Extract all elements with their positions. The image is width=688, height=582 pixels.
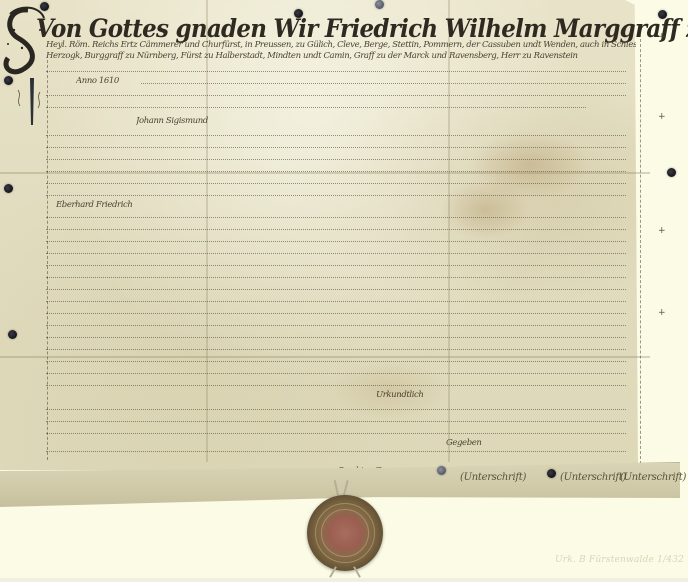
text-line [46,134,626,136]
punch-hole [658,10,667,19]
text-fragment-word: Gegeben [446,438,526,449]
text-line [46,194,626,196]
document-scan: Von Gottes gnaden Wir Friedrich Wilhelm … [0,0,688,582]
margin-mark: + [658,308,666,318]
margin-mark: + [658,226,666,236]
text-line [46,336,626,338]
intitulatio-line-2: Herzogk, Burggraff zu Nürnberg, Fürst zu… [46,51,636,62]
text-line [46,182,626,184]
text-line [141,82,626,84]
text-line [46,276,626,278]
text-line [46,408,626,410]
text-line [46,94,626,96]
text-fragment-name: Johann Sigismund [136,116,246,127]
margin-mark: + [658,112,666,122]
seal-ring [321,509,369,557]
text-fragment-name: Eberhard Friedrich [56,200,166,211]
text-line [46,300,626,302]
signature: (Unterschrift) [560,472,626,483]
text-line [46,170,626,172]
margin-mark: + [658,32,666,42]
text-line [46,70,626,72]
text-line [46,264,626,266]
water-stain [440,180,530,240]
text-line [46,312,626,314]
text-line [46,216,626,218]
punch-hole [375,0,384,9]
text-line [46,360,626,362]
punch-hole [4,76,13,85]
text-line [46,106,586,108]
text-line [46,324,626,326]
punch-hole [667,168,676,177]
charter-headline: Von Gottes gnaden Wir Friedrich Wilhelm … [36,14,593,43]
text-line [46,348,626,350]
text-line [46,420,626,422]
text-line [46,450,626,452]
text-line [46,252,626,254]
wax-seal [307,495,383,571]
text-line [46,288,626,290]
punch-hole [547,469,556,478]
margin-ruling [47,60,49,460]
punch-hole [437,466,446,475]
text-line [46,384,626,386]
margin-ruling [640,34,642,464]
text-line [46,372,626,374]
text-line [46,432,626,434]
text-line [46,158,626,160]
scan-edge [0,578,688,582]
archival-shelfmark: Urk. B Fürstenwalde 1/432 [555,555,684,565]
punch-hole [4,184,13,193]
intitulatio-line-1: Heyl. Röm. Reichs Ertz Cämmerer und Chur… [46,40,636,51]
text-line [46,228,626,230]
text-fragment-date: Anno 1610 [76,76,136,87]
fold-line [0,356,650,358]
text-fragment-word: Urkundtlich [376,390,456,401]
punch-hole [8,330,17,339]
fold-line [0,172,650,174]
text-line [46,240,626,242]
signature: (Unterschrift) [620,472,686,483]
signature: (Unterschrift) [460,472,526,483]
punch-hole [294,9,303,18]
punch-hole [40,2,49,11]
text-line [46,146,626,148]
